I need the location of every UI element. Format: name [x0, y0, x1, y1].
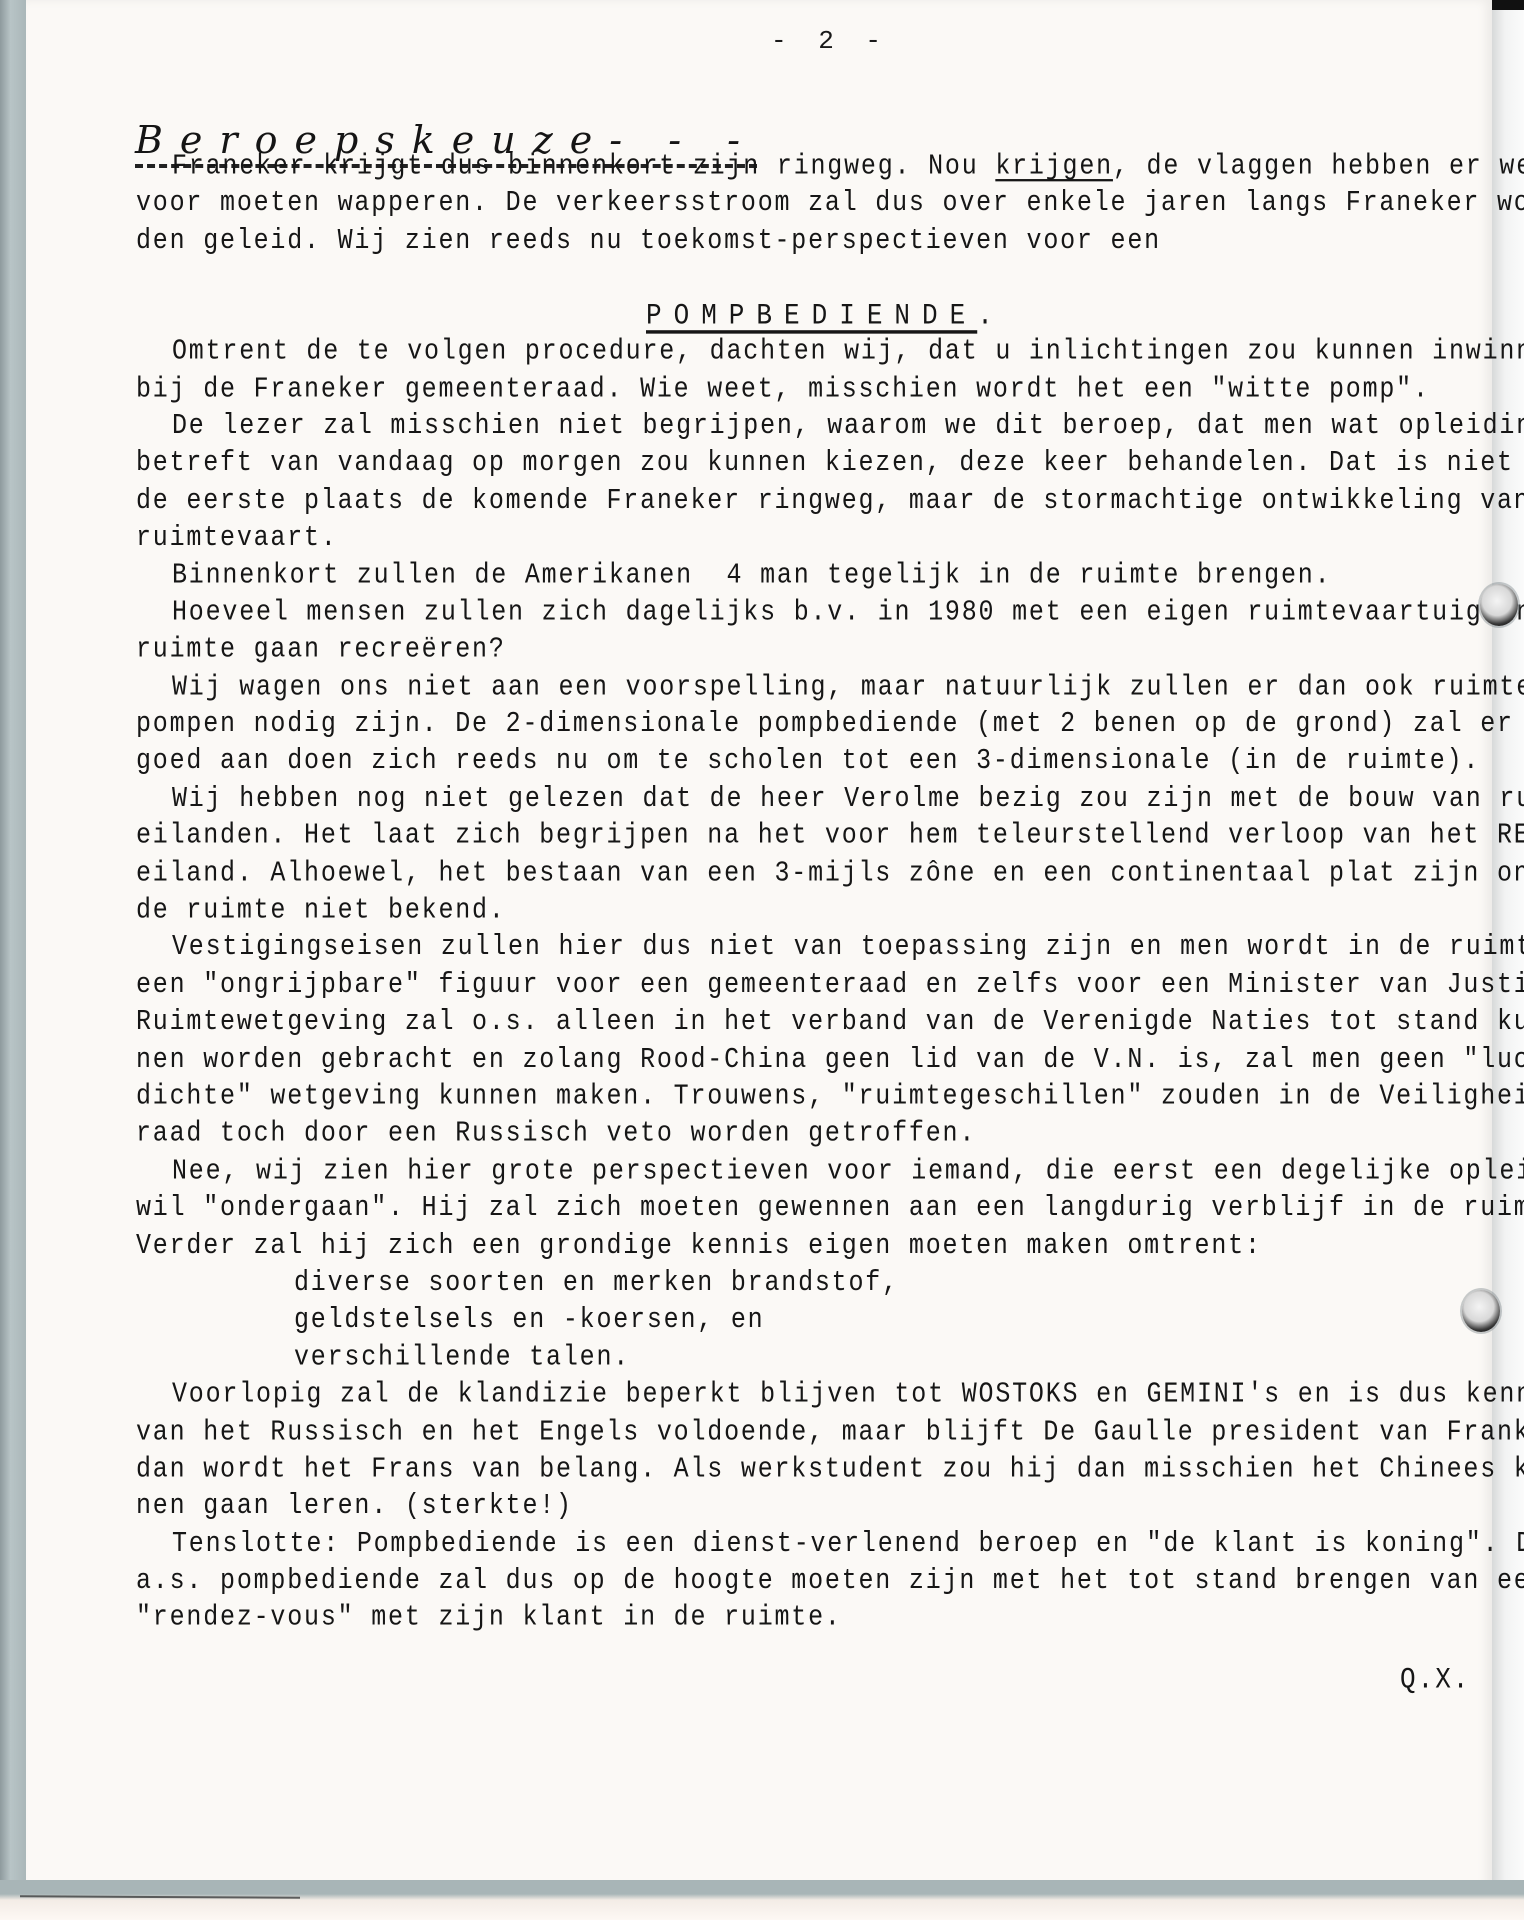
text-line: de ruimte niet bekend.	[136, 892, 1506, 929]
article-body: Franeker krijgt dus binnenkort zijn ring…	[136, 148, 1506, 1637]
line-text: raad toch door een Russisch veto worden …	[136, 1117, 976, 1150]
text-line: ruimte gaan recreëren?	[136, 631, 1506, 668]
text-line: Wij hebben nog niet gelezen dat de heer …	[136, 780, 1506, 817]
line-text: goed aan doen zich reeds nu om te schole…	[136, 744, 1480, 777]
text-line: diverse soorten en merken brandstof,	[136, 1265, 1506, 1302]
line-text: Wij wagen ons niet aan een voorspelling,…	[172, 670, 1524, 703]
text-line: a.s. pompbediende zal dus op de hoogte m…	[136, 1563, 1506, 1600]
text-line: eilanden. Het laat zich begrijpen na het…	[136, 818, 1506, 855]
text-line	[136, 260, 1506, 334]
text-line: Franeker krijgt dus binnenkort zijn ring…	[136, 148, 1506, 185]
line-text: Tenslotte: Pompbediende is een dienst-ve…	[172, 1526, 1524, 1559]
line-text: Verder zal hij zich een grondige kennis …	[136, 1228, 1262, 1261]
text-line: goed aan doen zich reeds nu om te schole…	[136, 743, 1506, 780]
line-text: dichte" wetgeving kunnen maken. Trouwens…	[136, 1079, 1524, 1112]
line-text: Voorlopig zal de klandizie beperkt blijv…	[172, 1377, 1524, 1410]
text-line: Nee, wij zien hier grote perspectieven v…	[136, 1153, 1506, 1190]
text-line: Ruimtewetgeving zal o.s. alleen in het v…	[136, 1004, 1506, 1041]
text-line: Wij wagen ons niet aan een voorspelling,…	[136, 669, 1506, 706]
text-line: wil "ondergaan". Hij zal zich moeten gew…	[136, 1190, 1506, 1227]
line-text: Wij hebben nog niet gelezen dat de heer …	[172, 781, 1524, 814]
binder-bottom	[0, 1880, 1524, 1920]
line-text: , de vlaggen hebben er wel even	[1113, 149, 1524, 182]
text-line: Binnenkort zullen de Amerikanen 4 man te…	[136, 557, 1506, 594]
line-text: a.s. pompbediende zal dus op de hoogte m…	[136, 1564, 1524, 1597]
punch-hole	[1462, 1290, 1500, 1332]
line-text: Nee, wij zien hier grote perspectieven v…	[172, 1154, 1524, 1187]
line-text: de ruimte niet bekend.	[136, 893, 506, 926]
text-line: Verder zal hij zich een grondige kennis …	[136, 1227, 1506, 1264]
line-text: Hoeveel mensen zullen zich dagelijks b.v…	[172, 595, 1524, 628]
line-text: betreft van vandaag op morgen zou kunnen…	[136, 446, 1524, 479]
author-signature: Q.X.	[1400, 1662, 1470, 1697]
line-text: wil "ondergaan". Hij zal zich moeten gew…	[136, 1191, 1524, 1224]
line-text: Omtrent de te volgen procedure, dachten …	[172, 334, 1524, 367]
text-line: raad toch door een Russisch veto worden …	[136, 1116, 1506, 1153]
line-text: ruimtevaart.	[136, 521, 338, 554]
line-text: verschillende talen.	[294, 1340, 630, 1373]
line-text: een "ongrijpbare" figuur voor een gemeen…	[136, 968, 1524, 1001]
text-line: Vestigingseisen zullen hier dus niet van…	[136, 929, 1506, 966]
line-text: diverse soorten en merken brandstof,	[294, 1266, 899, 1299]
punch-hole	[1480, 584, 1518, 626]
text-line: eiland. Alhoewel, het bestaan van een 3-…	[136, 855, 1506, 892]
text-line: Voorlopig zal de klandizie beperkt blijv…	[136, 1376, 1506, 1413]
line-text: de eerste plaats de komende Franeker rin…	[136, 483, 1524, 516]
line-text: Ruimtewetgeving zal o.s. alleen in het v…	[136, 1005, 1524, 1038]
line-text: dan wordt het Frans van belang. Als werk…	[136, 1452, 1524, 1485]
text-line: dan wordt het Frans van belang. Als werk…	[136, 1451, 1506, 1488]
line-text: bij de Franeker gemeenteraad. Wie weet, …	[136, 372, 1430, 405]
text-line: pompen nodig zijn. De 2-dimensionale pom…	[136, 706, 1506, 743]
document-page: - 2 - Beroepskeuze- - - POMPBEDIENDE. Fr…	[26, 0, 1492, 1890]
line-text: eilanden. Het laat zich begrijpen na het…	[136, 819, 1524, 852]
text-line: een "ongrijpbare" figuur voor een gemeen…	[136, 967, 1506, 1004]
line-text: Binnenkort zullen de Amerikanen 4 man te…	[172, 558, 1331, 591]
text-line: "rendez-vous" met zijn klant in de ruimt…	[136, 1600, 1506, 1637]
text-line: den geleid. Wij zien reeds nu toekomst-p…	[136, 222, 1506, 259]
text-line: voor moeten wapperen. De verkeersstroom …	[136, 185, 1506, 222]
line-text: nen worden gebracht en zolang Rood-China…	[136, 1042, 1524, 1075]
line-text: nen gaan leren. (sterkte!)	[136, 1489, 573, 1522]
line-text: eiland. Alhoewel, het bestaan van een 3-…	[136, 856, 1524, 889]
line-text: ruimte gaan recreëren?	[136, 632, 506, 665]
text-line: ruimtevaart.	[136, 520, 1506, 557]
line-text: den geleid. Wij zien reeds nu toekomst-p…	[136, 224, 1161, 257]
text-line: Hoeveel mensen zullen zich dagelijks b.v…	[136, 594, 1506, 631]
text-line: verschillende talen.	[136, 1339, 1506, 1376]
text-line: Tenslotte: Pompbediende is een dienst-ve…	[136, 1525, 1506, 1562]
line-text: geldstelsels en -koersen, en	[294, 1303, 764, 1336]
underlined-word: krijgen	[995, 149, 1113, 182]
text-line: nen gaan leren. (sterkte!)	[136, 1488, 1506, 1525]
line-text: van het Russisch en het Engels voldoende…	[136, 1415, 1524, 1448]
text-line: nen worden gebracht en zolang Rood-China…	[136, 1041, 1506, 1078]
text-line: betreft van vandaag op morgen zou kunnen…	[136, 445, 1506, 482]
line-text: Vestigingseisen zullen hier dus niet van…	[172, 930, 1524, 963]
line-text: Franeker krijgt dus binnenkort zijn ring…	[172, 149, 995, 182]
line-text: "rendez-vous" met zijn klant in de ruimt…	[136, 1601, 842, 1634]
text-line: Omtrent de te volgen procedure, dachten …	[136, 333, 1506, 370]
text-line: geldstelsels en -koersen, en	[136, 1302, 1506, 1339]
binder-backing	[0, 0, 26, 1920]
text-line: bij de Franeker gemeenteraad. Wie weet, …	[136, 371, 1506, 408]
page-number: - 2 -	[771, 26, 889, 56]
text-line: De lezer zal misschien niet begrijpen, w…	[136, 408, 1506, 445]
text-line: van het Russisch en het Engels voldoende…	[136, 1414, 1506, 1451]
line-text: pompen nodig zijn. De 2-dimensionale pom…	[136, 707, 1524, 740]
line-text: voor moeten wapperen. De verkeersstroom …	[136, 186, 1524, 219]
text-line: dichte" wetgeving kunnen maken. Trouwens…	[136, 1078, 1506, 1115]
line-text: De lezer zal misschien niet begrijpen, w…	[172, 409, 1524, 442]
text-line: de eerste plaats de komende Franeker rin…	[136, 482, 1506, 519]
